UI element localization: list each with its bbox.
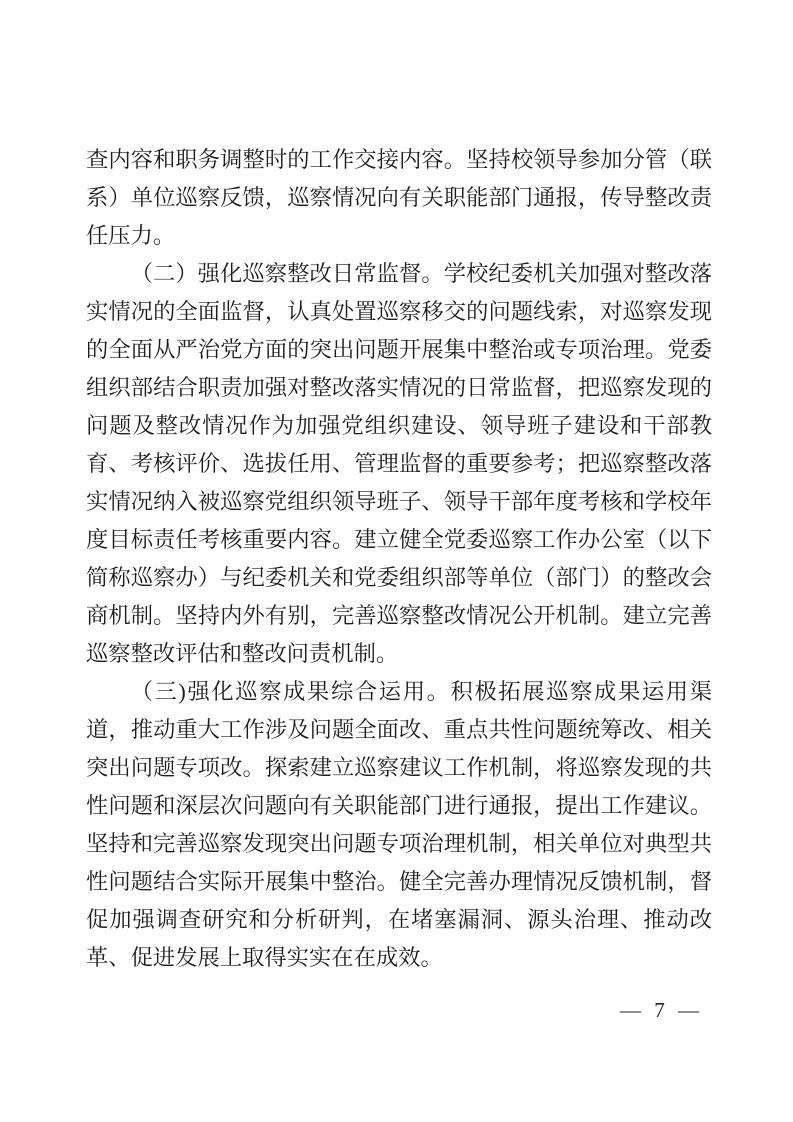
document-body: 查内容和职务调整时的工作交接内容。坚持校领导参加分管（联系）单位巡察反馈，巡察情…: [86, 141, 712, 977]
page-number: — 7 —: [620, 998, 703, 1022]
paragraph-continuation: 查内容和职务调整时的工作交接内容。坚持校领导参加分管（联系）单位巡察反馈，巡察情…: [86, 141, 712, 255]
paragraph-section-3: （三)强化巡察成果综合运用。积极拓展巡察成果运用渠道，推动重大工作涉及问题全面改…: [86, 673, 712, 977]
document-page: 查内容和职务调整时的工作交接内容。坚持校领导参加分管（联系）单位巡察反馈，巡察情…: [0, 0, 793, 1122]
paragraph-section-2: （二）强化巡察整改日常监督。学校纪委机关加强对整改落实情况的全面监督，认真处置巡…: [86, 255, 712, 673]
